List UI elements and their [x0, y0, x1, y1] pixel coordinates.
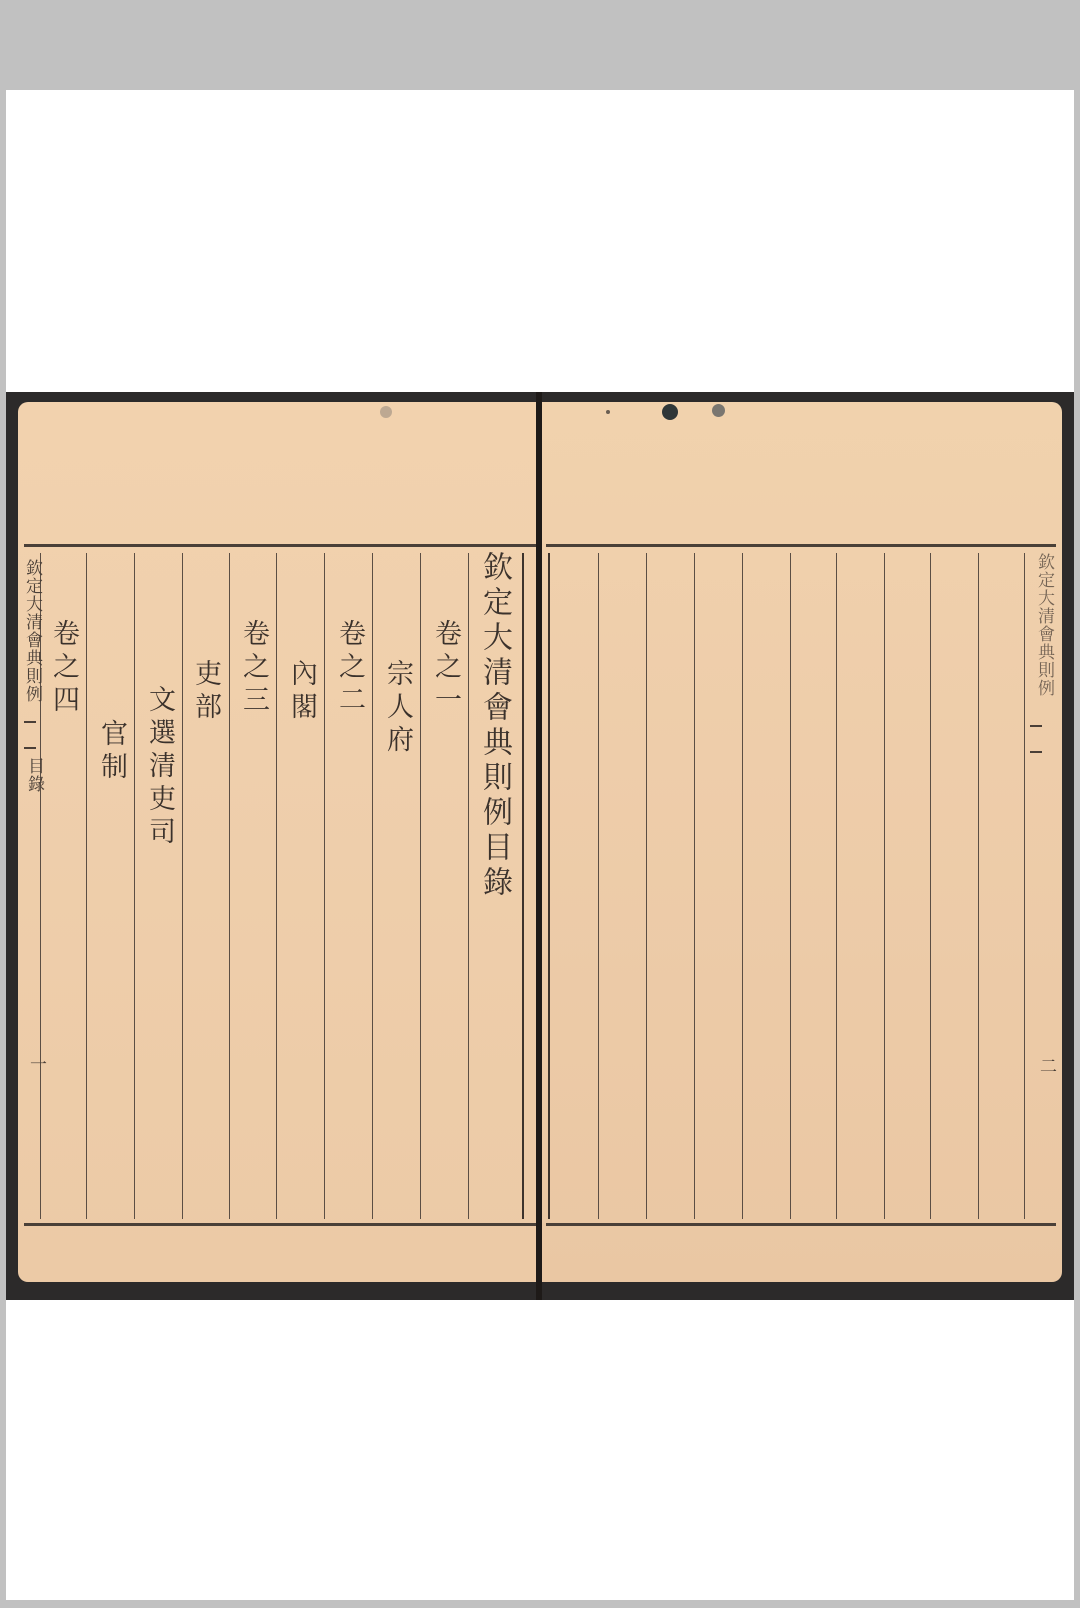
paper-speck: [606, 410, 610, 414]
column-rule: [598, 553, 599, 1219]
fishtail-mark: [24, 721, 36, 749]
spine-rule: [548, 553, 550, 1219]
toc-title: 欽定大清會典則例目錄: [479, 551, 509, 901]
toc-volume-4[interactable]: 卷之四: [50, 619, 77, 718]
banxin-page-number: 一: [24, 1055, 49, 1073]
banxin-title: 欽定大清會典則例: [1032, 553, 1057, 697]
right-page-frame: 欽定大清會典則例 二: [546, 544, 1056, 1226]
left-page-frame: 欽定大清會典則例 目錄 一 欽定大清會典則例目錄 卷之一 宗人府 卷之二 內閣 …: [24, 544, 538, 1226]
banxin-page-number: 二: [1034, 1057, 1059, 1075]
book-scan[interactable]: 欽定大清會典則例 目錄 一 欽定大清會典則例目錄 卷之一 宗人府 卷之二 內閣 …: [6, 392, 1074, 1300]
column-rule: [420, 553, 421, 1219]
binding-hole: [712, 404, 725, 417]
paper-stain: [380, 406, 392, 418]
toc-dept-neige[interactable]: 內閣: [288, 659, 315, 725]
column-rule: [86, 553, 87, 1219]
column-rule: [978, 553, 979, 1219]
toc-volume-2[interactable]: 卷之二: [336, 619, 363, 718]
column-rule: [182, 553, 183, 1219]
toc-section-guanzhi[interactable]: 官制: [98, 719, 125, 785]
column-rule: [694, 553, 695, 1219]
banxin-section: 目錄: [22, 757, 47, 793]
spine-rule: [522, 553, 524, 1219]
column-rule: [646, 553, 647, 1219]
toc-volume-3[interactable]: 卷之三: [240, 619, 267, 718]
book-gutter: [536, 392, 542, 1300]
column-rule: [836, 553, 837, 1219]
right-page: 欽定大清會典則例 二: [540, 402, 1062, 1282]
toc-bureau-wenxuan[interactable]: 文選清吏司: [146, 685, 173, 850]
column-rule: [790, 553, 791, 1219]
column-rule: [229, 553, 230, 1219]
banxin-title: 欽定大清會典則例: [20, 559, 45, 703]
toc-volume-1[interactable]: 卷之一: [432, 619, 459, 718]
toc-dept-zongrenfu[interactable]: 宗人府: [384, 659, 411, 758]
column-rule: [1024, 553, 1025, 1219]
column-rule: [324, 553, 325, 1219]
toc-dept-libu[interactable]: 吏部: [192, 659, 219, 725]
column-rule: [276, 553, 277, 1219]
column-rule: [742, 553, 743, 1219]
fishtail-mark: [1030, 725, 1042, 753]
column-rule: [930, 553, 931, 1219]
left-page: 欽定大清會典則例 目錄 一 欽定大清會典則例目錄 卷之一 宗人府 卷之二 內閣 …: [18, 402, 540, 1282]
column-rule: [884, 553, 885, 1219]
column-rule: [134, 553, 135, 1219]
column-rule: [468, 553, 469, 1219]
column-rule: [372, 553, 373, 1219]
binding-hole: [662, 404, 678, 420]
